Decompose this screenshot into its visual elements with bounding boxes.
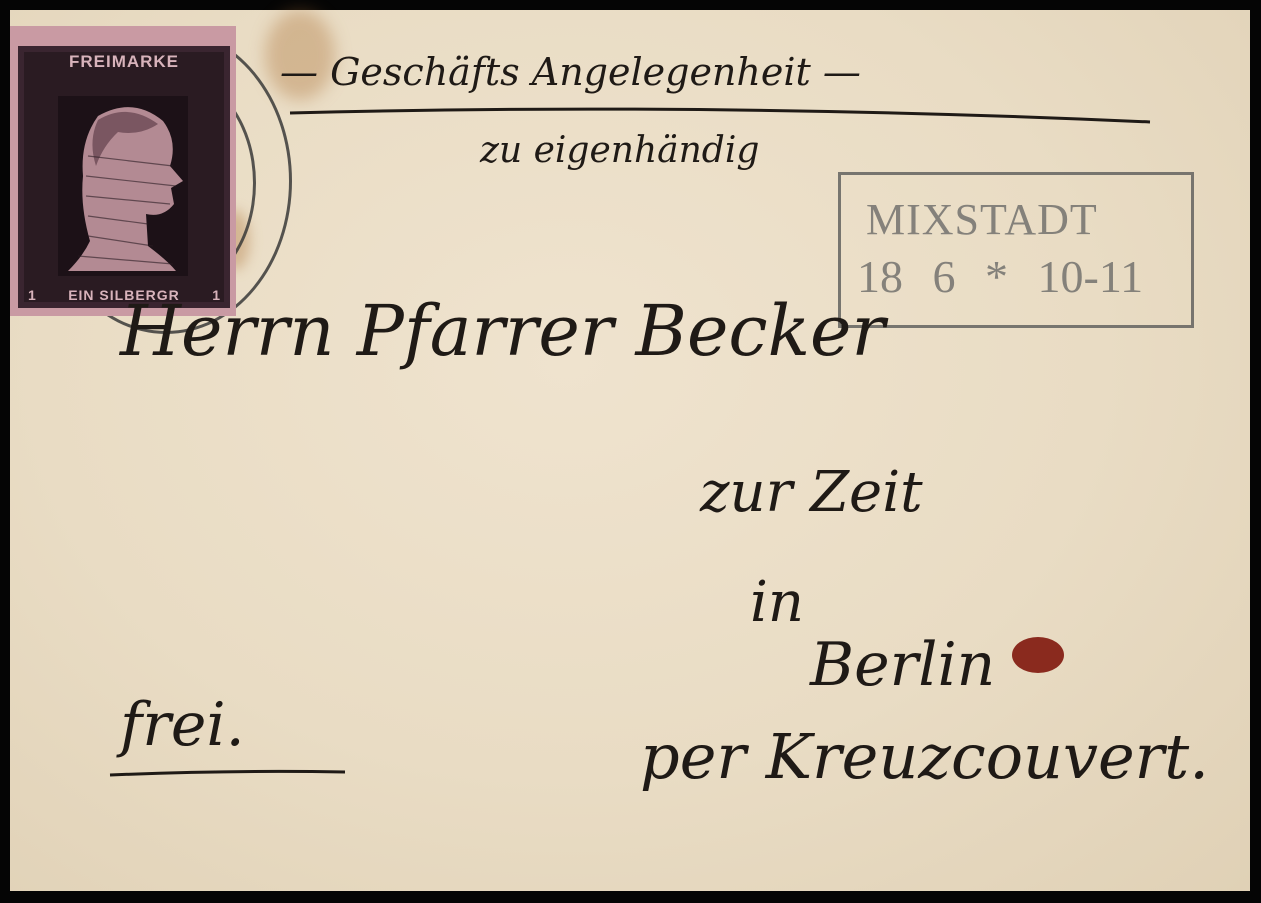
franking-note: frei. <box>120 690 245 760</box>
addressee-name: Herrn Pfarrer Becker <box>120 290 885 372</box>
wax-seal-remnant <box>1012 637 1064 673</box>
struck-text-line: — Geschäfts Angelegenheit — <box>280 50 861 94</box>
handwritten-line-7: per Kreuzcouvert. <box>640 720 1209 793</box>
destination-city: Berlin <box>810 630 995 700</box>
envelope: FREIMARKE 1 EIN SILBERGR 1 MIXSTADT 18 6… <box>10 10 1250 891</box>
handwritten-line-5: in <box>750 570 804 635</box>
handwritten-line-4: zur Zeit <box>700 460 923 525</box>
handwritten-line-2: zu eigenhändig <box>480 130 759 171</box>
